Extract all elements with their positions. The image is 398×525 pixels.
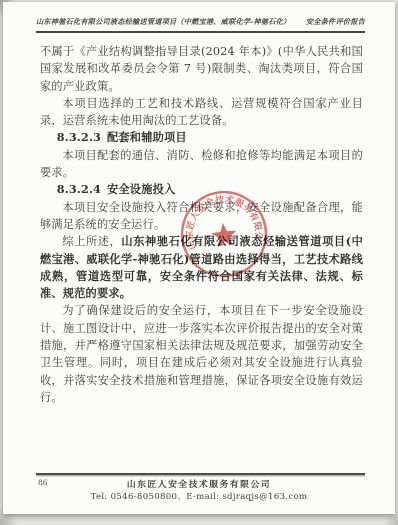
scanner-background: 山东神驰石化有限公司液态烃输送管道项目（中燃宝港、威联化学-神驰石化） 安全条件… xyxy=(0,0,398,525)
paragraph: 本项目选择的工艺和技术路线、运营规模符合国家产业目录，运营系统未使用淘汰的工艺设… xyxy=(40,95,363,130)
heading-title: 安全设施投入 xyxy=(107,182,175,196)
document-body: 不属于《产业结构调整指导目录(2024 年本)》(中华人民共和国国家发展和改革委… xyxy=(40,43,363,406)
footer-contact-info: Tel: 0546-8050800、E-mail: sdjraqjs@163.c… xyxy=(3,490,395,502)
paragraph: 为了确保建设后的安全运行，本项目在下一步安全设施设计、施工图设计中，应进一步落实… xyxy=(40,302,363,406)
heading-title: 配套和辅助项目 xyxy=(107,130,187,144)
section-heading-8324: 8.3.2.4安全设施投入 xyxy=(40,181,363,198)
paragraph-continuation: 不属于《产业结构调整指导目录(2024 年本)》(中华人民共和国国家发展和改革委… xyxy=(40,43,363,95)
header-report-title: 安全条件评价报告 xyxy=(306,17,365,27)
conclusion-lead: 综上所述， xyxy=(62,235,121,248)
page-header: 山东神驰石化有限公司液态烃输送管道项目（中燃宝港、威联化学-神驰石化） 安全条件… xyxy=(36,17,365,33)
header-project-title: 山东神驰石化有限公司液态烃输送管道项目（中燃宝港、威联化学-神驰石化） xyxy=(36,17,290,27)
section-heading-8323: 8.3.2.3配套和辅助项目 xyxy=(40,129,363,146)
footer-company-name: 山东匠人安全技术服务有限公司 xyxy=(3,477,395,490)
paragraph: 本项目安全设施投入符合相关要求，安全设施配备合理，能够满足系统的安全运行。 xyxy=(40,199,363,234)
footer-divider xyxy=(36,473,365,475)
heading-number: 8.3.2.4 xyxy=(57,182,101,196)
heading-number: 8.3.2.3 xyxy=(57,130,101,144)
document-page: 山东神驰石化有限公司液态烃输送管道项目（中燃宝港、威联化学-神驰石化） 安全条件… xyxy=(3,2,395,514)
paragraph-conclusion: 综上所述，山东神驰石化有限公司液态烃输送管道项目(中燃宝港、威联化学-神驰石化)… xyxy=(40,233,363,302)
paragraph: 本项目配套的通信、消防、检修和抢修等均能满足本项目的要求。 xyxy=(40,147,363,182)
